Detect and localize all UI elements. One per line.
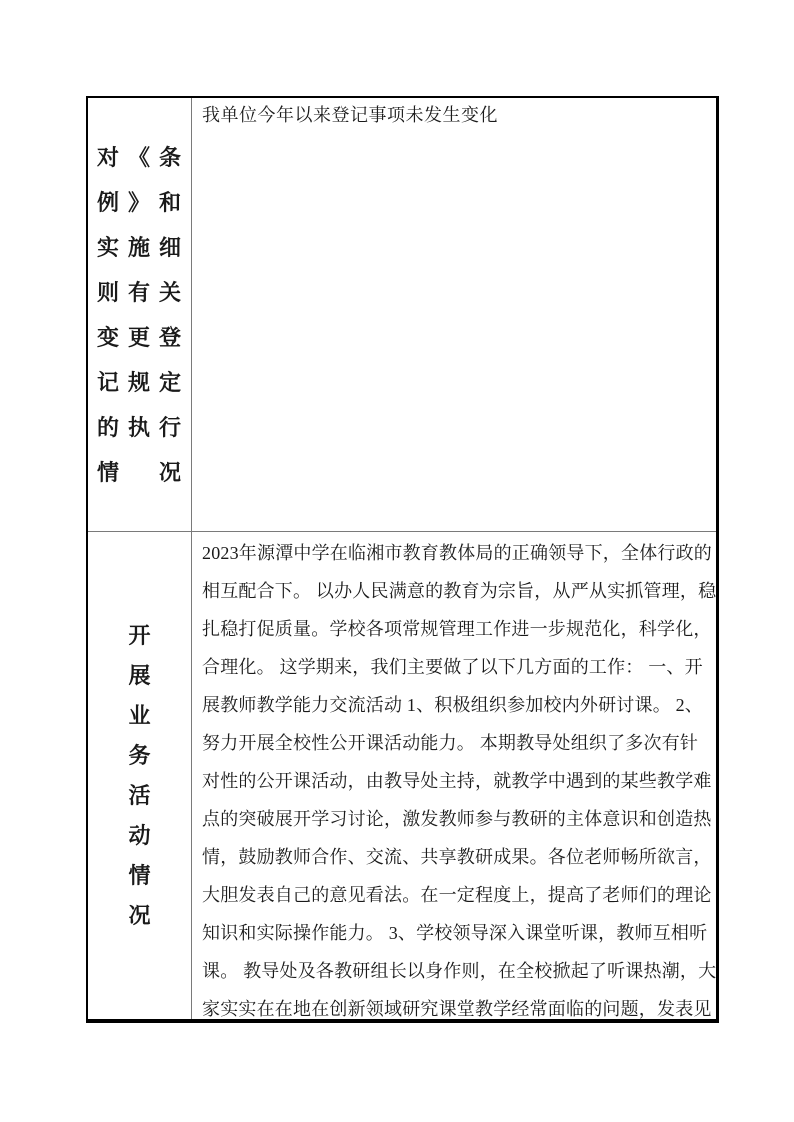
label-line: 情况 bbox=[97, 450, 182, 495]
report-text-line: 家实实在在地在创新领域研究课堂教学经常面临的问题，发表见 bbox=[202, 990, 708, 1019]
report-text-line: 努力开展全校性公开课活动能力。 本期教导处组织了多次有针 bbox=[202, 724, 708, 762]
regulation-change-compliance-content-cell: 我单位今年以来登记事项未发生变化 bbox=[192, 98, 716, 532]
label-char: 业 bbox=[97, 696, 182, 736]
label-line: 变更登 bbox=[97, 315, 182, 360]
row-label-text-block: 开 展 业 务 活 动 情 况 bbox=[97, 616, 182, 936]
row-label-business-activities: 开 展 业 务 活 动 情 况 bbox=[88, 532, 192, 1019]
report-text-line: 展教师教学能力交流活动 1、积极组织参加校内外研讨课。 2、 bbox=[202, 686, 708, 724]
report-text-line: 大胆发表自己的意见看法。在一定程度上，提高了老师们的理论 bbox=[202, 876, 708, 914]
document-page: 对《条 例》和 实施细 则有关 变更登 记规定 的执行 情况 我单位今年以来登记… bbox=[0, 0, 794, 1122]
label-char: 务 bbox=[97, 736, 182, 776]
label-line: 实施细 bbox=[97, 225, 182, 270]
label-char: 展 bbox=[97, 656, 182, 696]
report-text-line: 情，鼓励教师合作、交流、共享教研成果。各位老师畅所欲言， bbox=[202, 838, 708, 876]
registration-report-table: 对《条 例》和 实施细 则有关 变更登 记规定 的执行 情况 我单位今年以来登记… bbox=[86, 96, 719, 1023]
label-char: 活 bbox=[97, 776, 182, 816]
label-char: 况 bbox=[97, 896, 182, 936]
business-activities-content-cell: 2023年源潭中学在临湘市教育教体局的正确领导下，全体行政的 相互配合下。 以办… bbox=[192, 532, 716, 1019]
report-text-line: 2023年源潭中学在临湘市教育教体局的正确领导下，全体行政的 bbox=[202, 534, 708, 572]
compliance-statement-text: 我单位今年以来登记事项未发生变化 bbox=[202, 100, 708, 131]
label-line: 例》和 bbox=[97, 180, 182, 225]
label-line: 则有关 bbox=[97, 270, 182, 315]
report-text-line: 点的突破展开学习讨论，激发教师参与教研的主体意识和创造热 bbox=[202, 800, 708, 838]
report-text-line: 知识和实际操作能力。 3、学校领导深入课堂听课，教师互相听 bbox=[202, 914, 708, 952]
row-label-text-block: 对《条 例》和 实施细 则有关 变更登 记规定 的执行 情况 bbox=[97, 135, 182, 495]
report-text-line: 相互配合下。 以办人民满意的教育为宗旨，从严从实抓管理，稳 bbox=[202, 572, 708, 610]
label-line: 的执行 bbox=[97, 405, 182, 450]
label-char: 动 bbox=[97, 816, 182, 856]
label-char: 情 bbox=[97, 856, 182, 896]
row-label-regulation-change-compliance: 对《条 例》和 实施细 则有关 变更登 记规定 的执行 情况 bbox=[88, 98, 192, 532]
label-line: 对《条 bbox=[97, 135, 182, 180]
report-text-line: 合理化。 这学期来，我们主要做了以下几方面的工作： 一、开 bbox=[202, 648, 708, 686]
report-text-line: 课。 教导处及各教研组长以身作则，在全校掀起了听课热潮，大 bbox=[202, 952, 708, 990]
report-text-line: 扎稳打促质量。学校各项常规管理工作进一步规范化，科学化， bbox=[202, 610, 708, 648]
report-text-line: 对性的公开课活动，由教导处主持，就教学中遇到的某些教学难 bbox=[202, 762, 708, 800]
label-char: 开 bbox=[97, 616, 182, 656]
label-line: 记规定 bbox=[97, 360, 182, 405]
